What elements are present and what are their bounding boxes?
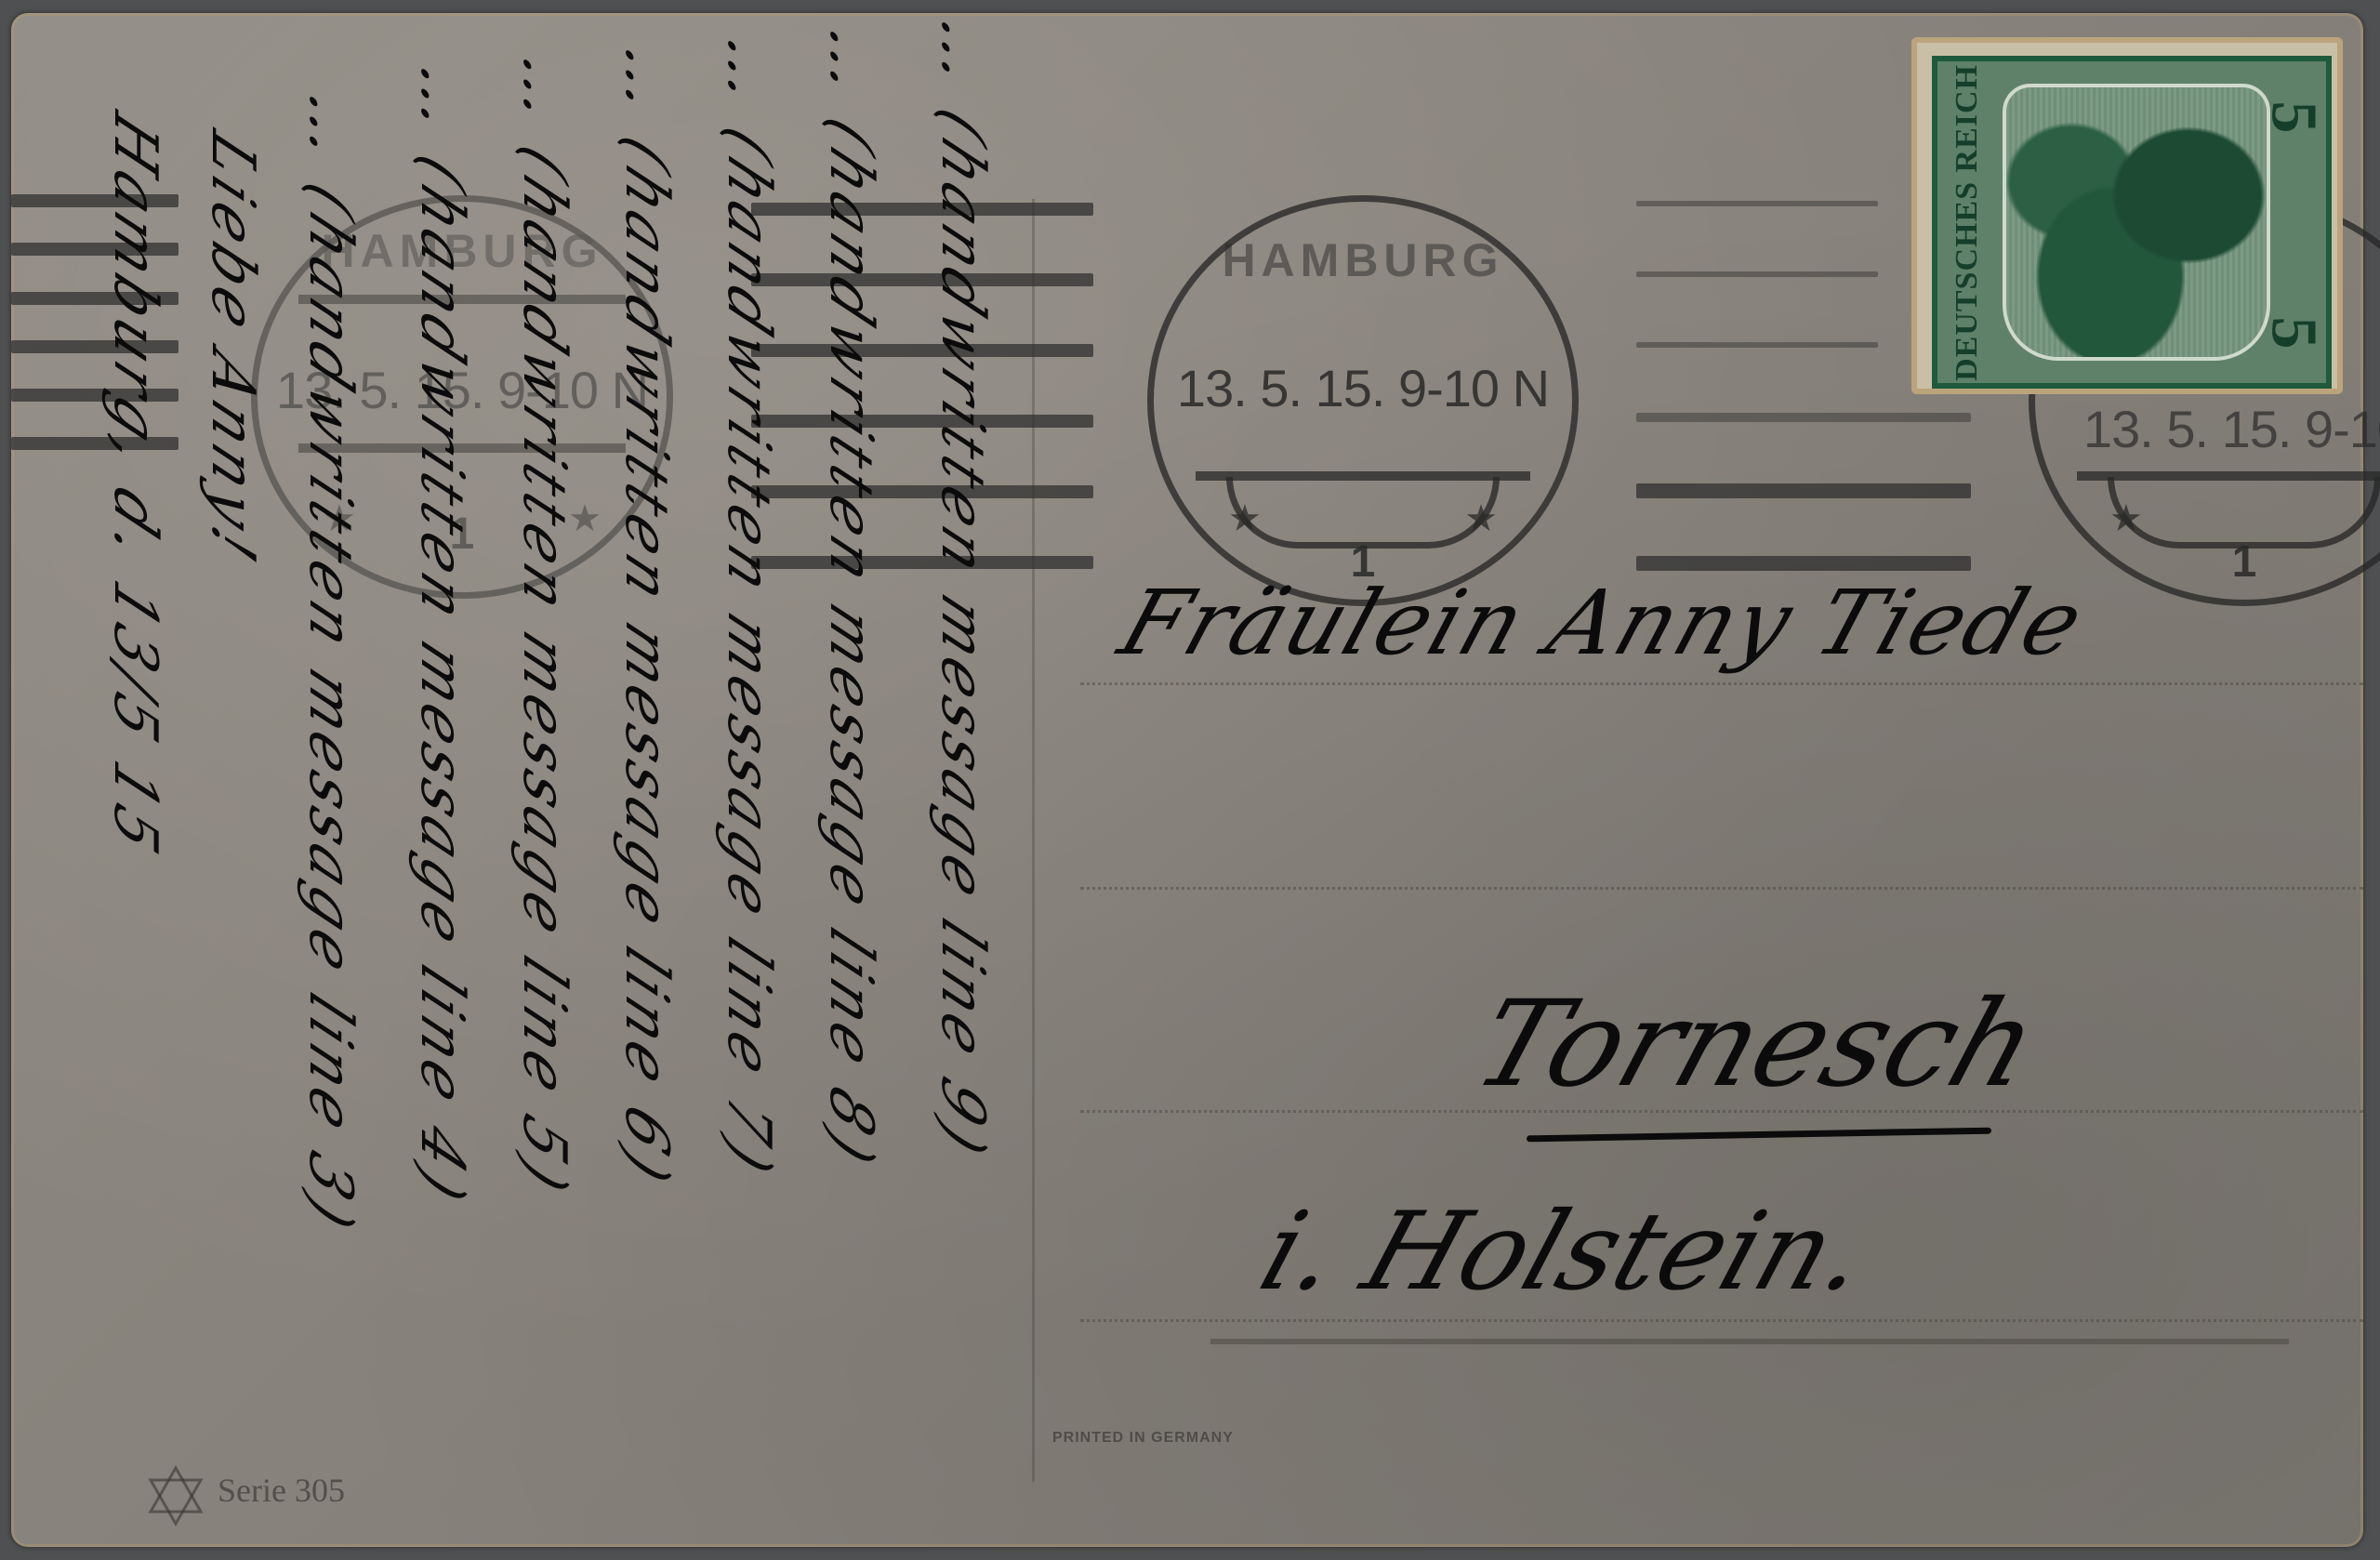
message-line: … (handwritten message line 3) <box>296 83 364 1245</box>
stamp-country-label: DEUTSCHES REICH <box>1947 80 1988 364</box>
printed-in-germany: PRINTED IN GERMANY <box>1052 1430 1234 1447</box>
germania-portrait-icon <box>2003 84 2270 361</box>
message-line: … (handwritten message line 7) <box>714 27 783 1189</box>
postcard: HAMBURG 13. 5. 15. 9-10 N ★ ★ 1 HAMBURG … <box>11 13 2363 1547</box>
recipient-name: Fräulein Anny Tiede <box>1108 571 2097 675</box>
message-line: … (handwritten message line 4) <box>407 55 476 1217</box>
postmark-city: HAMBURG <box>1154 233 1572 287</box>
message-line: Hamburg, d. 13/5 15 <box>100 101 169 868</box>
message-line: … (handwritten message line 6) <box>612 36 681 1198</box>
cancel-bar <box>1636 201 1878 206</box>
address-guide-line <box>1080 887 2363 890</box>
address-guide-line <box>1080 1319 2363 1322</box>
recipient-region: i. Holstein. <box>1246 1189 1884 1315</box>
message-line: … (handwritten message line 8) <box>816 18 885 1180</box>
postmark-date: 13. 5. 15. 9-10 <box>2035 399 2380 459</box>
stamp-value-top: 5 <box>2256 101 2331 134</box>
message-line: … (handwritten message line 9) <box>928 8 997 1170</box>
cancel-bar <box>1636 483 1971 498</box>
star-icon: ★ <box>1228 497 1262 540</box>
star-of-david-icon <box>143 1463 208 1528</box>
star-icon: ★ <box>2109 497 2143 540</box>
cancel-bar <box>751 344 1093 357</box>
postage-stamp: DEUTSCHES REICH 5 5 <box>1911 37 2343 394</box>
address-guide-line <box>1080 682 2363 685</box>
series-number: Serie 305 <box>218 1471 345 1510</box>
address-rule <box>1210 1339 2289 1344</box>
stamp-frame: DEUTSCHES REICH 5 5 <box>1932 56 2332 389</box>
message-line: Liebe Anny! <box>198 120 267 576</box>
postmark-date: 13. 5. 15. 9-10 N <box>1154 358 1572 418</box>
message-line: … (handwritten message line 5) <box>509 46 578 1208</box>
recipient-town: Tornesch <box>1460 975 2055 1114</box>
cancel-bar <box>1636 413 1971 422</box>
star-icon: ★ <box>1464 497 1498 540</box>
card-divider-line <box>1032 199 1035 1482</box>
cancel-bar <box>1636 342 1878 348</box>
cancel-bar <box>751 203 1093 216</box>
cancel-bar <box>751 485 1093 498</box>
cancel-bar <box>751 556 1093 569</box>
cancel-bar <box>751 273 1093 286</box>
cancel-bar <box>1636 271 1878 277</box>
postmark-circle: HAMBURG 13. 5. 15. 9-10 N ★ ★ 1 <box>1147 195 1579 606</box>
stamp-value-bottom: 5 <box>2256 317 2331 350</box>
cancel-bar <box>751 415 1093 428</box>
town-underline <box>1527 1128 1991 1143</box>
cancel-bar <box>1636 556 1971 571</box>
